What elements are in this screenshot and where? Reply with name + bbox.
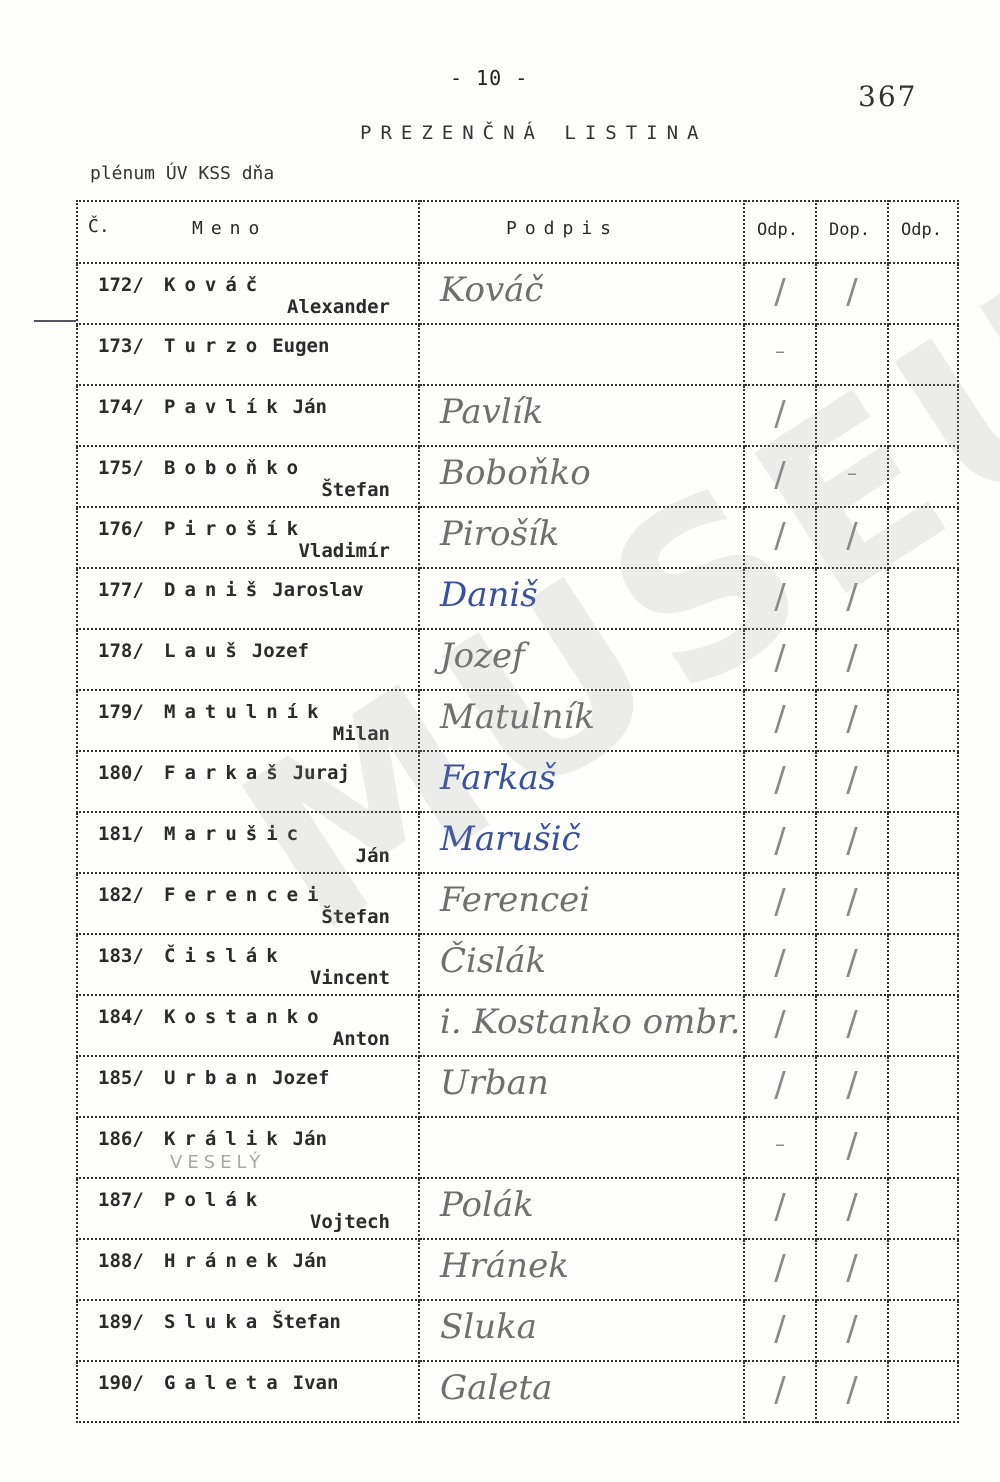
table-row: 178/ LaušJozef Jozef / / bbox=[77, 629, 958, 690]
odp1-cell: / bbox=[744, 507, 816, 568]
table-row: 179/ MatulníkMilan Matulník / / bbox=[77, 690, 958, 751]
first-name: Ján bbox=[293, 1128, 327, 1150]
surname: Kováč bbox=[164, 274, 266, 296]
handwritten-signature: Boboňko bbox=[440, 453, 591, 493]
header-odp2: Odp. bbox=[901, 220, 942, 240]
table-row: 188/ HránekJán Hránek / / bbox=[77, 1239, 958, 1300]
name-cell: 172/ KováčAlexander bbox=[77, 263, 419, 324]
table-row: 187/ PolákVojtech Polák / / bbox=[77, 1178, 958, 1239]
dop-cell: / bbox=[816, 1361, 888, 1422]
dop-cell: / bbox=[816, 1117, 888, 1178]
dop-cell: – bbox=[816, 446, 888, 507]
surname: Polák bbox=[164, 1189, 266, 1211]
row-number: 180/ bbox=[98, 762, 144, 784]
surname: PavlíkJán bbox=[164, 396, 327, 418]
name-cell: 187/ PolákVojtech bbox=[77, 1178, 419, 1239]
handwritten-signature: Ferencei bbox=[440, 880, 590, 920]
dop-cell bbox=[816, 324, 888, 385]
surname: GaletaIvan bbox=[164, 1372, 338, 1394]
table-row: 190/ GaletaIvan Galeta / / bbox=[77, 1361, 958, 1422]
dop-cell: / bbox=[816, 1178, 888, 1239]
odp1-cell: / bbox=[744, 568, 816, 629]
name-cell: 189/ SlukaŠtefan bbox=[77, 1300, 419, 1361]
header-odp1: Odp. bbox=[757, 220, 798, 240]
odp2-cell bbox=[888, 1300, 958, 1361]
odp2-cell bbox=[888, 1361, 958, 1422]
name-cell: 188/ HránekJán bbox=[77, 1239, 419, 1300]
odp1-cell: / bbox=[744, 873, 816, 934]
row-number: 175/ bbox=[98, 457, 144, 479]
header-odp1-cell: Odp. bbox=[744, 201, 816, 263]
odp1-mark: / bbox=[745, 1187, 815, 1227]
name-cell: 184/ KostankoAnton bbox=[77, 995, 419, 1056]
odp1-cell: / bbox=[744, 1178, 816, 1239]
odp2-cell bbox=[888, 812, 958, 873]
handwritten-signature: Galeta bbox=[440, 1368, 552, 1408]
signature-cell: Boboňko bbox=[419, 446, 744, 507]
handwritten-signature: Čislák bbox=[440, 941, 546, 981]
odp1-mark: / bbox=[745, 1248, 815, 1288]
first-name: Jozef bbox=[252, 640, 309, 662]
odp1-mark: / bbox=[745, 394, 815, 434]
first-name: Štefan bbox=[321, 479, 390, 501]
first-name: Ján bbox=[356, 845, 390, 867]
name-cell: 182/ FerenceiŠtefan bbox=[77, 873, 419, 934]
first-name: Jaroslav bbox=[272, 579, 364, 601]
odp2-cell bbox=[888, 873, 958, 934]
header-name-cell: Č. Meno bbox=[77, 201, 419, 263]
first-name: Vincent bbox=[310, 967, 390, 989]
surname: SlukaŠtefan bbox=[164, 1311, 341, 1333]
signature-cell: Marušič bbox=[419, 812, 744, 873]
odp1-mark: / bbox=[745, 1370, 815, 1410]
odp2-cell bbox=[888, 1178, 958, 1239]
odp2-cell bbox=[888, 1117, 958, 1178]
surname: FarkašJuraj bbox=[164, 762, 350, 784]
odp1-mark: / bbox=[745, 455, 815, 495]
margin-pen-mark bbox=[34, 320, 76, 322]
folio-number: 367 bbox=[858, 80, 917, 113]
handwritten-signature: Kováč bbox=[440, 270, 543, 310]
odp1-cell: / bbox=[744, 385, 816, 446]
table-row: 181/ MarušicJán Marušič / / bbox=[77, 812, 958, 873]
signature-cell: i. Kostanko ombr. bbox=[419, 995, 744, 1056]
row-number: 174/ bbox=[98, 396, 144, 418]
odp2-cell bbox=[888, 446, 958, 507]
name-cell: 177/ DanišJaroslav bbox=[77, 568, 419, 629]
dop-cell: / bbox=[816, 507, 888, 568]
row-number: 177/ bbox=[98, 579, 144, 601]
dop-cell: / bbox=[816, 812, 888, 873]
dop-mark: / bbox=[817, 1370, 887, 1410]
signature-cell: Kováč bbox=[419, 263, 744, 324]
row-number: 189/ bbox=[98, 1311, 144, 1333]
surname: UrbanJozef bbox=[164, 1067, 329, 1089]
dop-mark: / bbox=[817, 1065, 887, 1105]
signature-cell: Jozef bbox=[419, 629, 744, 690]
handwritten-signature: Pavlík bbox=[440, 392, 543, 432]
row-number: 185/ bbox=[98, 1067, 144, 1089]
odp2-cell bbox=[888, 324, 958, 385]
name-cell: 174/ PavlíkJán bbox=[77, 385, 419, 446]
dop-mark: / bbox=[817, 1309, 887, 1349]
handwritten-signature: i. Kostanko ombr. bbox=[440, 1002, 740, 1042]
odp1-mark: / bbox=[745, 577, 815, 617]
first-name: Ján bbox=[293, 396, 327, 418]
first-name: Milan bbox=[333, 723, 390, 745]
dop-mark: / bbox=[817, 577, 887, 617]
odp1-mark: / bbox=[745, 516, 815, 556]
row-number: 184/ bbox=[98, 1006, 144, 1028]
dop-cell: / bbox=[816, 1239, 888, 1300]
surname: TurzoEugen bbox=[164, 335, 329, 357]
dop-mark: / bbox=[817, 1187, 887, 1227]
surname: KrálikJán bbox=[164, 1128, 327, 1150]
odp1-mark: / bbox=[745, 272, 815, 312]
row-number: 181/ bbox=[98, 823, 144, 845]
odp1-mark: / bbox=[745, 882, 815, 922]
surname: Kostanko bbox=[164, 1006, 328, 1028]
odp1-mark: / bbox=[745, 821, 815, 861]
odp2-cell bbox=[888, 629, 958, 690]
pencil-annotation: VESELÝ bbox=[170, 1152, 265, 1173]
odp1-cell: / bbox=[744, 1056, 816, 1117]
surname: LaušJozef bbox=[164, 640, 309, 662]
dop-cell: / bbox=[816, 873, 888, 934]
dop-cell: / bbox=[816, 568, 888, 629]
table-row: 180/ FarkašJuraj Farkaš / / bbox=[77, 751, 958, 812]
odp1-cell: / bbox=[744, 446, 816, 507]
dop-cell: / bbox=[816, 934, 888, 995]
header-signature-cell: Podpis bbox=[419, 201, 744, 263]
dop-mark: – bbox=[817, 461, 887, 485]
dop-mark: / bbox=[817, 699, 887, 739]
first-name: Eugen bbox=[272, 335, 329, 357]
document-subtitle: plénum ÚV KSS dňa bbox=[90, 163, 274, 184]
odp2-cell bbox=[888, 1056, 958, 1117]
table-row: 183/ ČislákVincent Čislák / / bbox=[77, 934, 958, 995]
odp2-cell bbox=[888, 934, 958, 995]
table-row: 185/ UrbanJozef Urban / / bbox=[77, 1056, 958, 1117]
signature-cell bbox=[419, 324, 744, 385]
signature-cell: Daniš bbox=[419, 568, 744, 629]
page-number: - 10 - bbox=[450, 66, 528, 90]
row-number: 188/ bbox=[98, 1250, 144, 1272]
dop-mark: / bbox=[817, 638, 887, 678]
odp1-mark: / bbox=[745, 943, 815, 983]
odp1-cell: – bbox=[744, 324, 816, 385]
signature-cell: Matulník bbox=[419, 690, 744, 751]
name-cell: 178/ LaušJozef bbox=[77, 629, 419, 690]
table-header-row: Č. Meno Podpis Odp. Dop. Odp. bbox=[77, 201, 958, 263]
odp2-cell bbox=[888, 507, 958, 568]
odp1-cell: / bbox=[744, 751, 816, 812]
name-cell: 179/ MatulníkMilan bbox=[77, 690, 419, 751]
name-cell: 173/ TurzoEugen bbox=[77, 324, 419, 385]
odp1-cell: / bbox=[744, 1239, 816, 1300]
odp2-cell bbox=[888, 568, 958, 629]
dop-cell: / bbox=[816, 263, 888, 324]
name-cell: 186/ KrálikJánVESELÝ bbox=[77, 1117, 419, 1178]
odp1-cell: / bbox=[744, 812, 816, 873]
surname: Marušic bbox=[164, 823, 307, 845]
surname: Ferencei bbox=[164, 884, 328, 906]
surname: HránekJán bbox=[164, 1250, 327, 1272]
odp2-cell bbox=[888, 385, 958, 446]
odp2-cell bbox=[888, 1239, 958, 1300]
signature-cell: Čislák bbox=[419, 934, 744, 995]
signature-cell: Pirošík bbox=[419, 507, 744, 568]
surname: Matulník bbox=[164, 701, 328, 723]
first-name: Štefan bbox=[272, 1311, 341, 1333]
handwritten-signature: Urban bbox=[440, 1063, 549, 1103]
dop-cell: / bbox=[816, 629, 888, 690]
table-row: 173/ TurzoEugen – bbox=[77, 324, 958, 385]
header-number: Č. bbox=[88, 216, 110, 237]
signature-cell: Urban bbox=[419, 1056, 744, 1117]
signature-cell: Hránek bbox=[419, 1239, 744, 1300]
odp2-cell bbox=[888, 995, 958, 1056]
odp1-cell: / bbox=[744, 934, 816, 995]
dop-cell: / bbox=[816, 1056, 888, 1117]
name-cell: 181/ MarušicJán bbox=[77, 812, 419, 873]
row-number: 178/ bbox=[98, 640, 144, 662]
table-row: 184/ KostankoAnton i. Kostanko ombr. / / bbox=[77, 995, 958, 1056]
name-cell: 175/ BoboňkoŠtefan bbox=[77, 446, 419, 507]
dop-cell: / bbox=[816, 690, 888, 751]
signature-cell: Farkaš bbox=[419, 751, 744, 812]
first-name: Vladimír bbox=[298, 540, 390, 562]
table-row: 177/ DanišJaroslav Daniš / / bbox=[77, 568, 958, 629]
table-row: 182/ FerenceiŠtefan Ferencei / / bbox=[77, 873, 958, 934]
odp2-cell bbox=[888, 263, 958, 324]
name-cell: 176/ PirošíkVladimír bbox=[77, 507, 419, 568]
surname: Čislák bbox=[164, 945, 287, 967]
attendance-table: Č. Meno Podpis Odp. Dop. Odp. 172/ Kováč… bbox=[76, 200, 959, 1423]
name-cell: 190/ GaletaIvan bbox=[77, 1361, 419, 1422]
handwritten-signature: Sluka bbox=[440, 1307, 537, 1347]
dop-mark: / bbox=[817, 821, 887, 861]
first-name: Ivan bbox=[293, 1372, 339, 1394]
document-title: PREZENČNÁ LISTINA bbox=[360, 122, 707, 144]
handwritten-signature: Jozef bbox=[440, 636, 525, 676]
table-row: 176/ PirošíkVladimír Pirošík / / bbox=[77, 507, 958, 568]
header-odp2-cell: Odp. bbox=[888, 201, 958, 263]
handwritten-signature: Polák bbox=[440, 1185, 534, 1225]
signature-cell bbox=[419, 1117, 744, 1178]
odp1-cell: / bbox=[744, 995, 816, 1056]
handwritten-signature: Marušič bbox=[440, 819, 581, 859]
handwritten-signature: Pirošík bbox=[440, 514, 559, 554]
odp2-cell bbox=[888, 690, 958, 751]
odp1-mark: / bbox=[745, 760, 815, 800]
row-number: 173/ bbox=[98, 335, 144, 357]
handwritten-signature: Hránek bbox=[440, 1246, 569, 1286]
dop-mark: / bbox=[817, 1248, 887, 1288]
odp1-mark: / bbox=[745, 1065, 815, 1105]
first-name: Alexander bbox=[287, 296, 390, 318]
table-row: 172/ KováčAlexander Kováč / / bbox=[77, 263, 958, 324]
first-name: Štefan bbox=[321, 906, 390, 928]
dop-mark: / bbox=[817, 1004, 887, 1044]
odp1-cell: / bbox=[744, 1361, 816, 1422]
first-name: Jozef bbox=[272, 1067, 329, 1089]
handwritten-signature: Matulník bbox=[440, 697, 595, 737]
first-name: Juraj bbox=[293, 762, 350, 784]
table-row: 189/ SlukaŠtefan Sluka / / bbox=[77, 1300, 958, 1361]
dop-cell: / bbox=[816, 995, 888, 1056]
row-number: 176/ bbox=[98, 518, 144, 540]
signature-cell: Galeta bbox=[419, 1361, 744, 1422]
first-name: Anton bbox=[333, 1028, 390, 1050]
odp1-mark: – bbox=[745, 1132, 815, 1156]
name-cell: 185/ UrbanJozef bbox=[77, 1056, 419, 1117]
dop-cell: / bbox=[816, 751, 888, 812]
name-cell: 183/ ČislákVincent bbox=[77, 934, 419, 995]
odp1-cell: / bbox=[744, 263, 816, 324]
odp1-cell: / bbox=[744, 690, 816, 751]
handwritten-signature: Farkaš bbox=[440, 758, 556, 798]
row-number: 186/ bbox=[98, 1128, 144, 1150]
signature-cell: Pavlík bbox=[419, 385, 744, 446]
surname: DanišJaroslav bbox=[164, 579, 364, 601]
row-number: 172/ bbox=[98, 274, 144, 296]
table-row: 174/ PavlíkJán Pavlík / bbox=[77, 385, 958, 446]
signature-cell: Sluka bbox=[419, 1300, 744, 1361]
odp1-cell: / bbox=[744, 629, 816, 690]
header-name: Meno bbox=[192, 218, 267, 239]
table-row: 186/ KrálikJánVESELÝ – / bbox=[77, 1117, 958, 1178]
header-signature: Podpis bbox=[506, 218, 619, 239]
dop-mark: / bbox=[817, 272, 887, 312]
odp1-mark: / bbox=[745, 699, 815, 739]
row-number: 187/ bbox=[98, 1189, 144, 1211]
table-row: 175/ BoboňkoŠtefan Boboňko / – bbox=[77, 446, 958, 507]
odp1-mark: / bbox=[745, 1309, 815, 1349]
odp1-mark: / bbox=[745, 1004, 815, 1044]
header-dop-cell: Dop. bbox=[816, 201, 888, 263]
dop-mark: / bbox=[817, 516, 887, 556]
header-dop: Dop. bbox=[829, 220, 870, 240]
first-name: Ján bbox=[293, 1250, 327, 1272]
odp1-cell: / bbox=[744, 1300, 816, 1361]
odp1-mark: / bbox=[745, 638, 815, 678]
odp1-mark: – bbox=[745, 339, 815, 363]
row-number: 182/ bbox=[98, 884, 144, 906]
dop-mark: / bbox=[817, 882, 887, 922]
dop-mark: / bbox=[817, 943, 887, 983]
odp2-cell bbox=[888, 751, 958, 812]
signature-cell: Ferencei bbox=[419, 873, 744, 934]
name-cell: 180/ FarkašJuraj bbox=[77, 751, 419, 812]
dop-mark: / bbox=[817, 1126, 887, 1166]
dop-mark: / bbox=[817, 760, 887, 800]
first-name: Vojtech bbox=[310, 1211, 390, 1233]
dop-cell: / bbox=[816, 1300, 888, 1361]
odp1-cell: – bbox=[744, 1117, 816, 1178]
row-number: 183/ bbox=[98, 945, 144, 967]
surname: Pirošík bbox=[164, 518, 307, 540]
surname: Boboňko bbox=[164, 457, 307, 479]
signature-cell: Polák bbox=[419, 1178, 744, 1239]
handwritten-signature: Daniš bbox=[440, 575, 538, 615]
row-number: 179/ bbox=[98, 701, 144, 723]
dop-cell bbox=[816, 385, 888, 446]
row-number: 190/ bbox=[98, 1372, 144, 1394]
